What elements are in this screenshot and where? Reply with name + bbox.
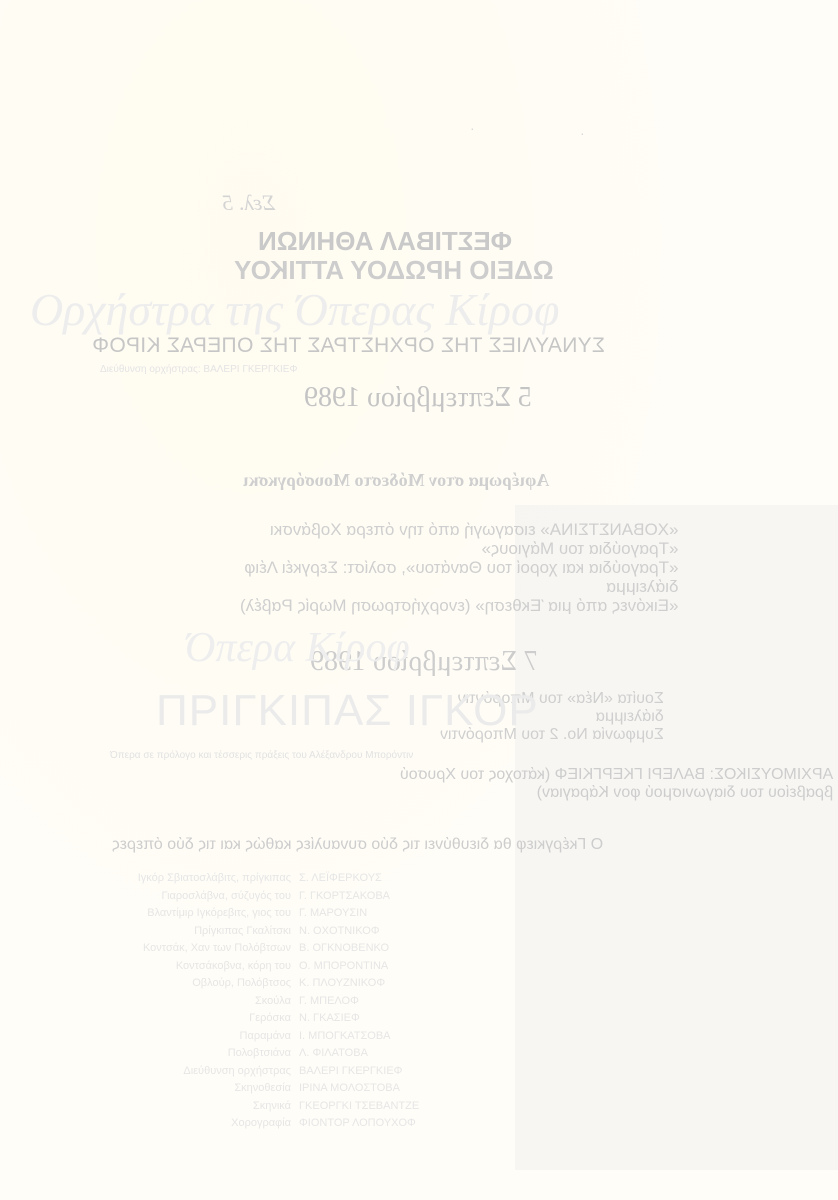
page-mark: Σελ. 5 — [222, 190, 275, 216]
cast-row: Οβλούρ, ΠολόβτσοςΚ. ΠΛΟΥΖΝΙΚΟΦ — [70, 975, 450, 993]
cast-row: Κοντσάκοβνα, κόρη τουΟ. ΜΠΟΡΟΝΤΙΝΑ — [70, 958, 450, 976]
cast-role: Οβλούρ, Πολόβτσος — [71, 975, 299, 993]
cast-name: Ν. ΟΧΟΤΝΙΚΟΦ — [299, 923, 449, 941]
cast-name: Ν. ΓΚΑΣΙΕΦ — [299, 1010, 449, 1028]
cast-row: Γιαροσλάβνα, σύζυγός τουΓ. ΓΚΟΡΤΣΑΚΟΒΑ — [70, 888, 450, 906]
speck: · — [470, 120, 475, 136]
speck: · — [580, 125, 585, 141]
cast-role: Σκούλα — [71, 993, 299, 1011]
cast-name: Κ. ΠΛΟΥΖΝΙΚΟΦ — [299, 975, 449, 993]
program-item: «Τραγούδια του Μάγιους» — [240, 539, 679, 558]
cast-name: Ο. ΜΠΟΡΟΝΤΙΝΑ — [299, 958, 449, 976]
cast-row: Βλαντίμιρ Ιγκόρεβιτς, γιος τουΓ. ΜΑΡΟΥΣΙ… — [70, 905, 450, 923]
cast-row: ΣκούλαΓ. ΜΠΕΛΟΦ — [70, 993, 450, 1011]
program-item: «ΧΟΒΑΝΣΤΣΙΝΑ» εισαγωγή από την όπερα Χοβ… — [240, 520, 679, 539]
cast-name: ΦΙΟΝΤΟΡ ΛΟΠΟΥΧΟΦ — [299, 1115, 449, 1133]
cast-row: ΧορογραφίαΦΙΟΝΤΟΡ ΛΟΠΟΥΧΟΦ — [70, 1115, 450, 1133]
cast-role: Πολοβτσιάνα — [71, 1045, 299, 1063]
orchestra-subtitle: Διεύθυνση ορχήστρας: ΒΑΛΕΡΙ ΓΚΕΡΓΚΙΕΦ — [100, 364, 297, 375]
opera-title: Όπερα Κίροφ — [185, 624, 410, 672]
orchestra-title: Ορχήστρα της Όπερας Κίροφ — [30, 283, 559, 336]
cast-row: Πρίγκιπας ΓκαλίτσκιΝ. ΟΧΟΤΝΙΚΟΦ — [70, 923, 450, 941]
cast-role: Χορογραφία — [71, 1115, 299, 1133]
cast-name: Γ. ΓΚΟΡΤΣΑΚΟΒΑ — [299, 888, 449, 906]
cast-name: Γ. ΜΑΡΟΥΣΙΝ — [299, 905, 449, 923]
program-item: «Τραγούδια και χοροί του Θανάτου», σολίσ… — [240, 558, 679, 577]
cast-row: ΣκηνικάΓΚΕΟΡΓΚΙ ΤΣΕΒΑΝΤΖΕ — [70, 1098, 450, 1116]
cast-role: Παραμάνα — [71, 1028, 299, 1046]
opera-credit: Όπερα σε πρόλογο και τέσσερις πράξεις το… — [110, 750, 413, 761]
cast-name: ΓΚΕΟΡΓΚΙ ΤΣΕΒΑΝΤΖΕ — [299, 1098, 449, 1116]
cast-name: ΙΡΙΝΑ ΜΟΛΟΣΤΟΒΑ — [299, 1080, 449, 1098]
cast-role: Γερόσκα — [71, 1010, 299, 1028]
dedication: Αφιέρωμα στον Μόδεστο Μουσόργκσκι — [243, 470, 549, 491]
cast-name: ΒΑΛΕΡΙ ΓΚΕΡΓΚΙΕΦ — [299, 1063, 449, 1081]
program-1: «ΧΟΒΑΝΣΤΣΙΝΑ» εισαγωγή από την όπερα Χοβ… — [240, 520, 679, 615]
date-1: 5 Σεπτεμβρίου 1989 — [304, 382, 532, 414]
cast-role: Σκηνοθεσία — [71, 1080, 299, 1098]
cast-role: Διεύθυνση ορχήστρας — [71, 1063, 299, 1081]
cast-row: ΣκηνοθεσίαΙΡΙΝΑ ΜΟΛΟΣΤΟΒΑ — [70, 1080, 450, 1098]
closing-note: Ο Γκέργκιεφ θα διευθύνει τις δύο συναυλί… — [112, 836, 603, 854]
cast-row: Κοντσάκ, Χαν των ΠολόβτσωνΒ. ΟΓΚΝΟΒΕΝΚΟ — [70, 940, 450, 958]
cast-name: Γ. ΜΠΕΛΟΦ — [299, 993, 449, 1011]
opera-name: ΠΡΙΓΚΙΠΑΣ ΙΓΚΟΡ — [156, 686, 539, 736]
cast-row: Ιγκόρ Σβιατοσλάβιτς, πρίγκιπαςΣ. ΛΕΪΦΕΡΚ… — [70, 870, 450, 888]
cast-row: ΠαραμάναΙ. ΜΠΟΓΚΑΤΣΟΒΑ — [70, 1028, 450, 1046]
cast-list: Ιγκόρ Σβιατοσλάβιτς, πρίγκιπαςΣ. ΛΕΪΦΕΡΚ… — [70, 870, 450, 1133]
cast-row: ΓερόσκαΝ. ΓΚΑΣΙΕΦ — [70, 1010, 450, 1028]
cast-role: Κοντσάκοβνα, κόρη του — [71, 958, 299, 976]
cast-name: Λ. ΦΙΛΑΤΟΒΑ — [299, 1045, 449, 1063]
cast-role: Βλαντίμιρ Ιγκόρεβιτς, γιος του — [71, 905, 299, 923]
festival-heading: ΦΕΣΤΙΒΑΛ ΑΘΗΝΩΝ — [258, 226, 512, 257]
cast-role: Σκηνικά — [71, 1098, 299, 1116]
venue-heading: ΩΔΕΙΟ ΗΡΩΔΟΥ ΑΤΤΙΚΟΥ — [234, 255, 554, 286]
cast-name: Σ. ΛΕΪΦΕΡΚΟΥΣ — [299, 870, 449, 888]
program-item: ΑΡΧΙΜΟΥΣΙΚΟΣ: ΒΑΛΕΡΙ ΓΚΕΡΓΚΙΕΦ (κάτοχος … — [400, 766, 833, 784]
cast-row: Διεύθυνση ορχήστραςΒΑΛΕΡΙ ΓΚΕΡΓΚΙΕΦ — [70, 1063, 450, 1081]
program-item: διάλειμμα — [240, 577, 679, 596]
cast-name: Ι. ΜΠΟΓΚΑΤΣΟΒΑ — [299, 1028, 449, 1046]
cast-role: Πρίγκιπας Γκαλίτσκι — [71, 923, 299, 941]
cast-row: ΠολοβτσιάναΛ. ΦΙΛΑΤΟΒΑ — [70, 1045, 450, 1063]
event-heading: ΣΥΝΑΥΛΙΕΣ ΤΗΣ ΟΡΧΗΣΤΡΑΣ ΤΗΣ ΟΠΕΡΑΣ ΚΙΡΟΦ — [92, 334, 605, 358]
cast-role: Γιαροσλάβνα, σύζυγός του — [71, 888, 299, 906]
cast-role: Κοντσάκ, Χαν των Πολόβτσων — [71, 940, 299, 958]
program-item: «Εικόνες από μια Έκθεση» (ενορχήστρωση Μ… — [240, 596, 679, 615]
program-item: βραβείου του διαγωνισμού φον Κάραγιαν) — [400, 784, 833, 802]
conductor-note: ΑΡΧΙΜΟΥΣΙΚΟΣ: ΒΑΛΕΡΙ ΓΚΕΡΓΚΙΕΦ (κάτοχος … — [400, 766, 833, 802]
cast-role: Ιγκόρ Σβιατοσλάβιτς, πρίγκιπας — [71, 870, 299, 888]
cast-name: Β. ΟΓΚΝΟΒΕΝΚΟ — [299, 940, 449, 958]
